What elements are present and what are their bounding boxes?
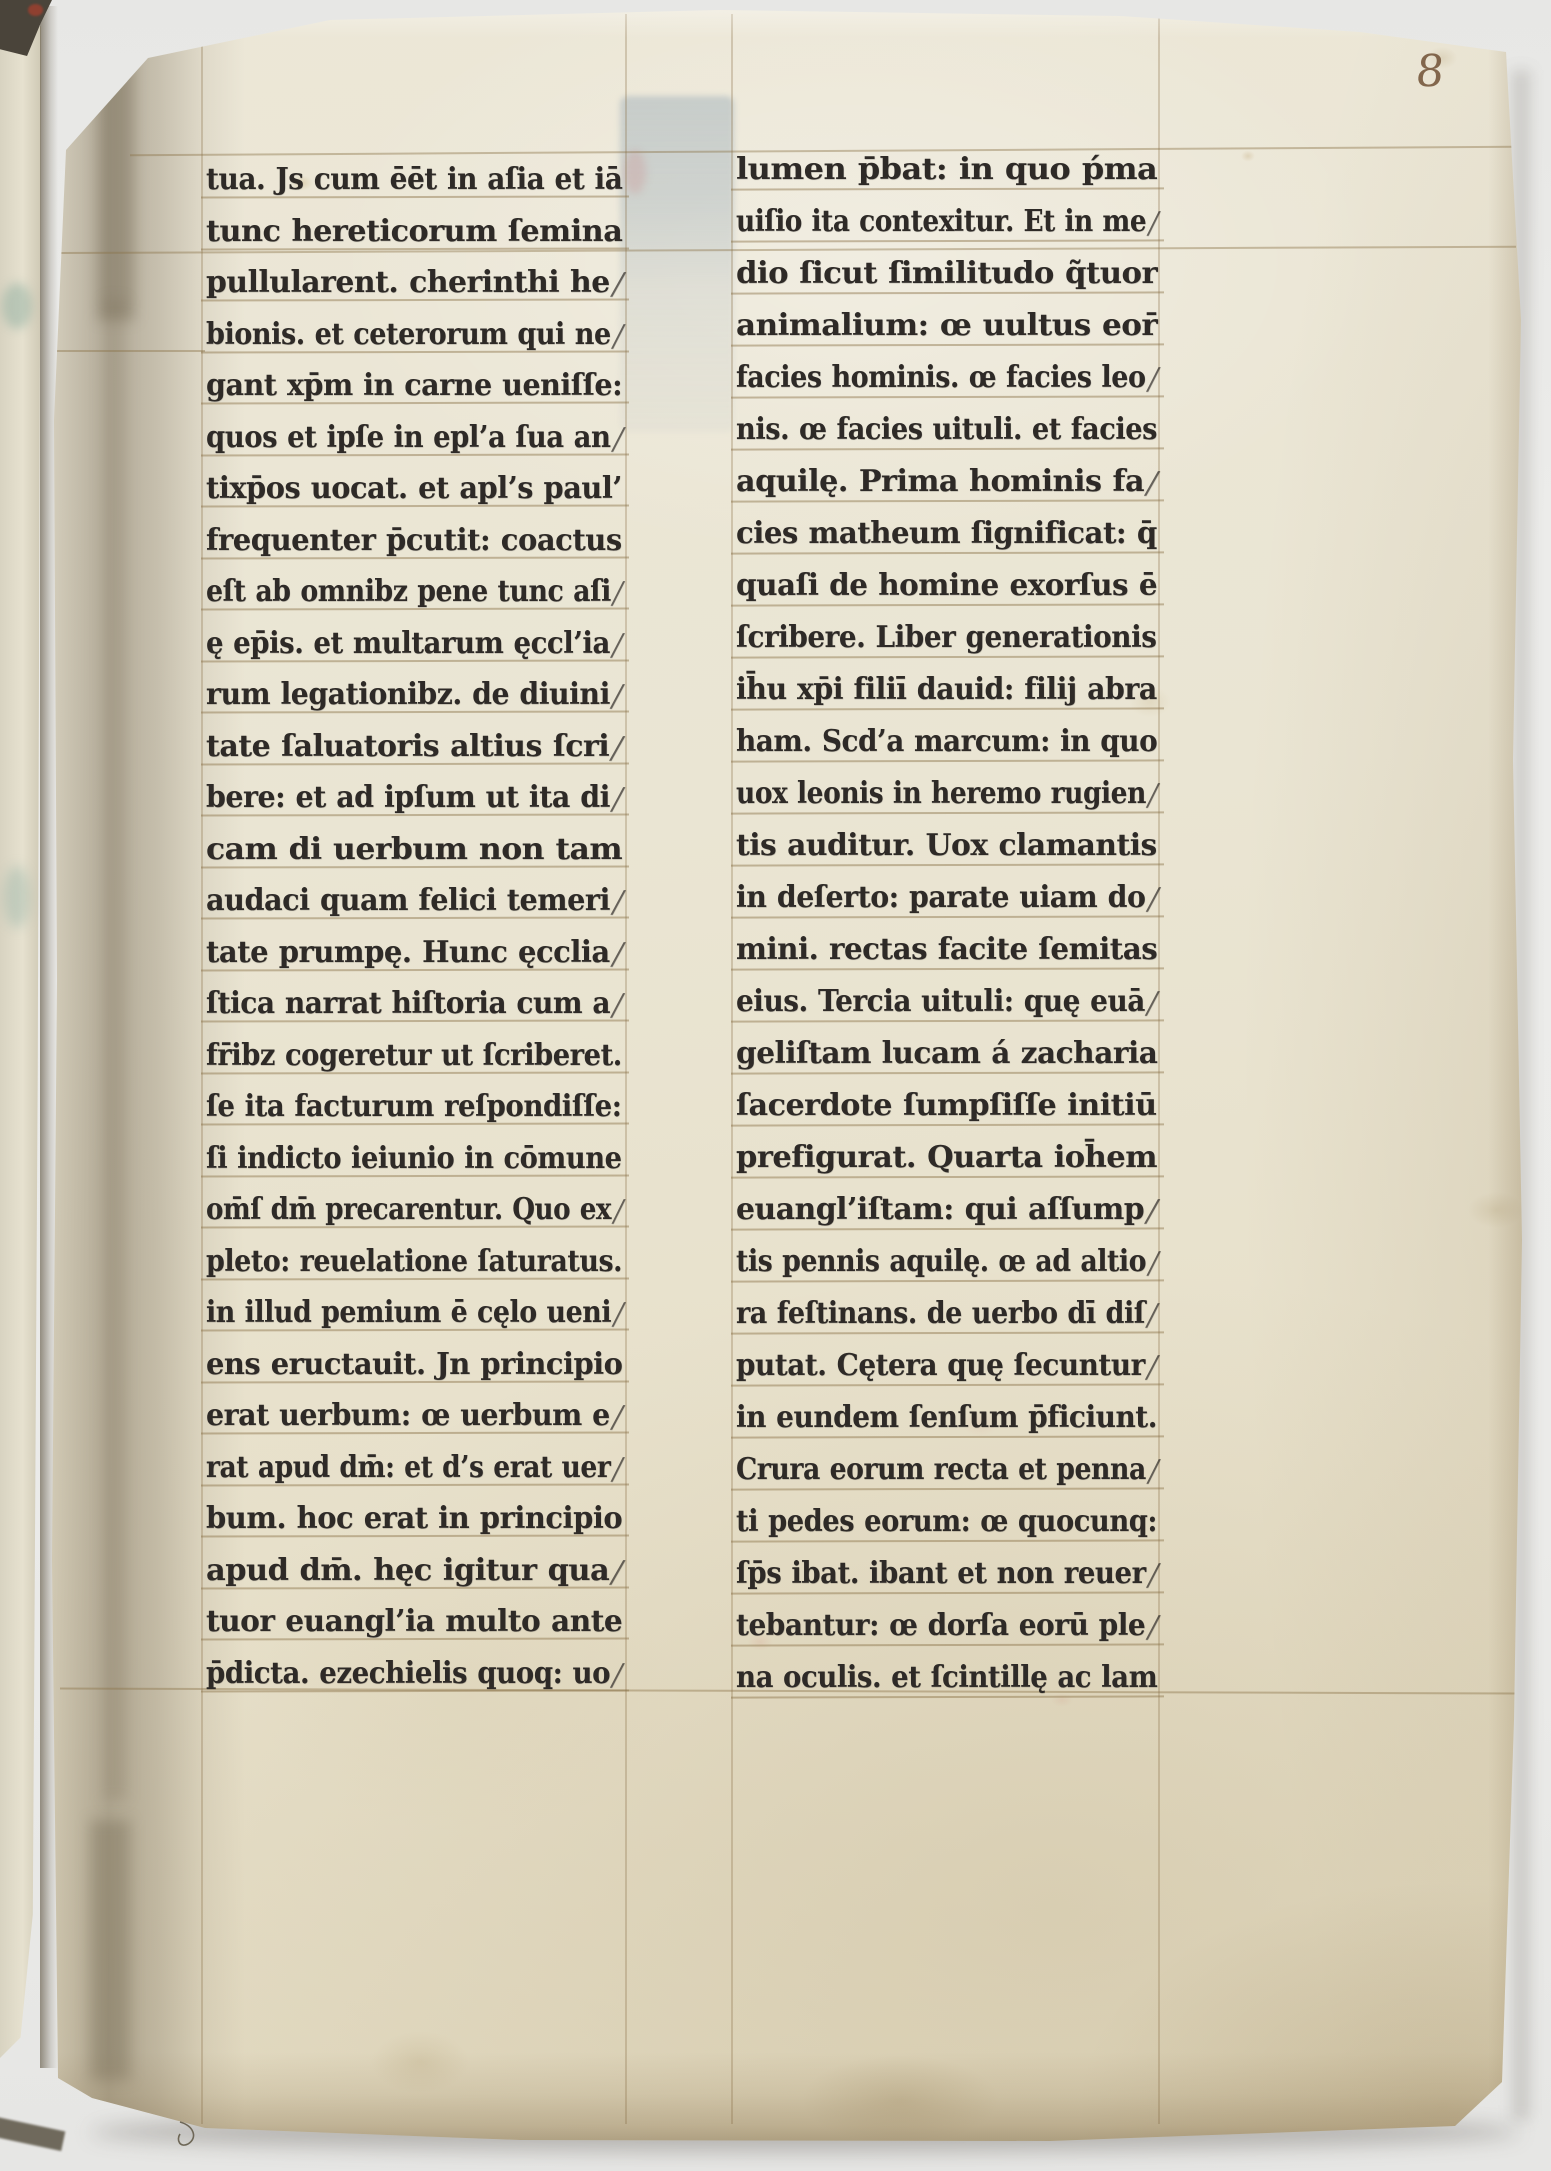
text-line: quos et ipſe in epl’a ſua an/ — [206, 414, 622, 462]
margin-ruling — [55, 350, 205, 352]
text-line: lumen p̄bat: in quo ṕma — [736, 146, 1157, 194]
vertical-ruling — [625, 14, 627, 2124]
text-line: ſi indicto ieiunio in cōmune — [206, 1135, 622, 1183]
text-line: apud dm̄. hęc igitur qua/ — [206, 1547, 622, 1595]
text-line: ſtica narrat hiſtoria cum a/ — [206, 980, 622, 1028]
text-line: cam di uerbum non tam — [206, 826, 622, 874]
text-line: uiſio ita contexitur. Et in me/ — [736, 198, 1157, 246]
text-line: ih̄u xp̄i filiī dauid: filij abra — [736, 666, 1157, 714]
text-line: ſcribere. Liber generationis — [736, 614, 1156, 662]
gutter-stain-streak — [98, 0, 134, 320]
text-line: in deſerto: parate uiam do/ — [736, 874, 1157, 922]
text-line: geliſtam lucam á zacharia — [736, 1030, 1157, 1078]
text-line: tate prumpę. Hunc ęcclia/ — [206, 929, 622, 977]
text-line: cies matheum ſignificat: q̄ — [736, 510, 1157, 558]
gutter-stain-streak — [90, 1820, 130, 2080]
text-line: fr̄ibz cogeretur ut ſcriberet. — [206, 1032, 622, 1080]
text-line: ens eructauit. Jn principio — [206, 1341, 622, 1389]
text-line: erat uerbum: œ uerbum e/ — [206, 1392, 622, 1440]
text-line: euangl’iſtam: qui aſſump/ — [736, 1186, 1157, 1234]
text-line: ham. Scd’a marcum: in quo — [736, 718, 1157, 766]
text-line: tebantur: œ dorſa eorū ple/ — [736, 1602, 1157, 1650]
text-line: bere: et ad ipſum ut ita di/ — [206, 774, 622, 822]
text-line: eius. Tercia uituli: quę euā/ — [736, 978, 1157, 1026]
text-line: tua. Js cum ēēt in aſia et iā — [206, 156, 622, 204]
text-line: facies hominis. œ facies leo/ — [736, 354, 1157, 402]
text-line: eſt ab omnibz pene tunc aſi/ — [206, 568, 622, 616]
vertical-ruling — [731, 14, 733, 2124]
binding-board-corner — [0, 2117, 65, 2151]
text-line: bum. hoc erat in principio — [206, 1495, 622, 1543]
text-line: ſe ita facturum reſpondiſſe: — [206, 1083, 621, 1131]
gutter-stain-streak — [104, 300, 126, 1800]
edge-smudge-green — [4, 866, 30, 928]
ink-showthrough-patch — [620, 96, 734, 432]
text-line: rat apud dm̄: et d’s erat uer/ — [206, 1444, 622, 1492]
text-line: frequenter p̄cutit: coactus — [206, 517, 622, 565]
text-line: gant xp̄m in carne ueniſſe: — [206, 362, 622, 410]
text-line: aquilę. Prima hominis fa/ — [736, 458, 1157, 506]
text-line: audaci quam felici temeri/ — [206, 877, 622, 925]
vertical-ruling — [1158, 14, 1160, 2124]
text-line: ti pedes eorum: œ quocunq: — [736, 1498, 1157, 1546]
page-bottom-rim — [50, 2052, 1520, 2144]
text-column-right: lumen p̄bat: in quo ṕmauiſio ita contexi… — [736, 146, 1157, 1746]
text-line: mini. rectas facite ſemitas — [736, 926, 1157, 974]
ink-showthrough-speck — [624, 150, 646, 194]
text-line: tis pennis aquilę. œ ad altio/ — [736, 1238, 1157, 1286]
text-column-left: tua. Js cum ēēt in aſia et iātunc hereti… — [206, 156, 622, 1756]
text-line: tis auditur. Uox clamantis — [736, 822, 1157, 870]
text-line: pullularent. cherinthi he/ — [206, 259, 622, 307]
text-line: dio ſicut ſimilitudo q̃tuor — [736, 250, 1157, 298]
stray-thread — [176, 2120, 204, 2152]
text-line: putat. Cętera quę ſecuntur/ — [736, 1342, 1157, 1390]
text-line: animalium: œ uultus eor̄ — [736, 302, 1157, 350]
text-line: ra feſtinans. de uerbo dī diſ/ — [736, 1290, 1156, 1338]
text-line: ę ep̄is. et multarum ęccl’ia/ — [206, 620, 621, 668]
edge-smudge-green — [2, 283, 32, 329]
text-line: rum legationibz. de diuini/ — [206, 671, 622, 719]
text-line: ſacerdote ſumpſiſſe initiū — [736, 1082, 1157, 1130]
manuscript-photo-scene: tua. Js cum ēēt in aſia et iātunc hereti… — [0, 0, 1551, 2171]
text-line: tixp̄os uocat. et apl’s paul’ — [206, 465, 622, 513]
text-line: p̄dicta. ezechielis quoq: uo/ — [206, 1650, 622, 1698]
text-line: bionis. et ceterorum qui ne/ — [206, 311, 622, 359]
text-line: Crura eorum recta et penna/ — [736, 1446, 1157, 1494]
text-line: in illud pemium ē cęlo ueni/ — [206, 1289, 622, 1337]
text-line: prefigurat. Quarta ioh̄em — [736, 1134, 1157, 1182]
folio-number: 8 — [1413, 46, 1466, 97]
text-line: tuor euangl’ia multo ante — [206, 1598, 622, 1646]
text-line: tate ſaluatoris altius ſcri/ — [206, 723, 622, 771]
text-line: quaſi de homine exorſus ē — [736, 562, 1157, 610]
text-line: in eundem ſenſum p̄ficiunt. — [736, 1394, 1157, 1442]
text-line: pleto: reuelatione ſaturatus. — [206, 1238, 622, 1286]
binding-red-speck — [28, 4, 43, 16]
text-line: tunc hereticorum ſemina — [206, 208, 622, 256]
text-line: ſp̄s ibat. ibant et non reuer/ — [736, 1550, 1157, 1598]
manuscript-page: tua. Js cum ēēt in aſia et iātunc hereti… — [0, 0, 1551, 2171]
text-line: uox leonis in heremo rugien/ — [736, 770, 1157, 818]
text-line: nis. œ facies uituli. et facies — [736, 406, 1157, 454]
vertical-ruling — [201, 14, 203, 2124]
text-line: na oculis. et ſcintillę ac lam — [736, 1654, 1157, 1702]
line-filler-virgule: / — [608, 1446, 627, 1494]
text-line: om̄ſ dm̄ precarentur. Quo ex/ — [206, 1186, 622, 1234]
page-top-highlight — [140, 8, 1520, 38]
